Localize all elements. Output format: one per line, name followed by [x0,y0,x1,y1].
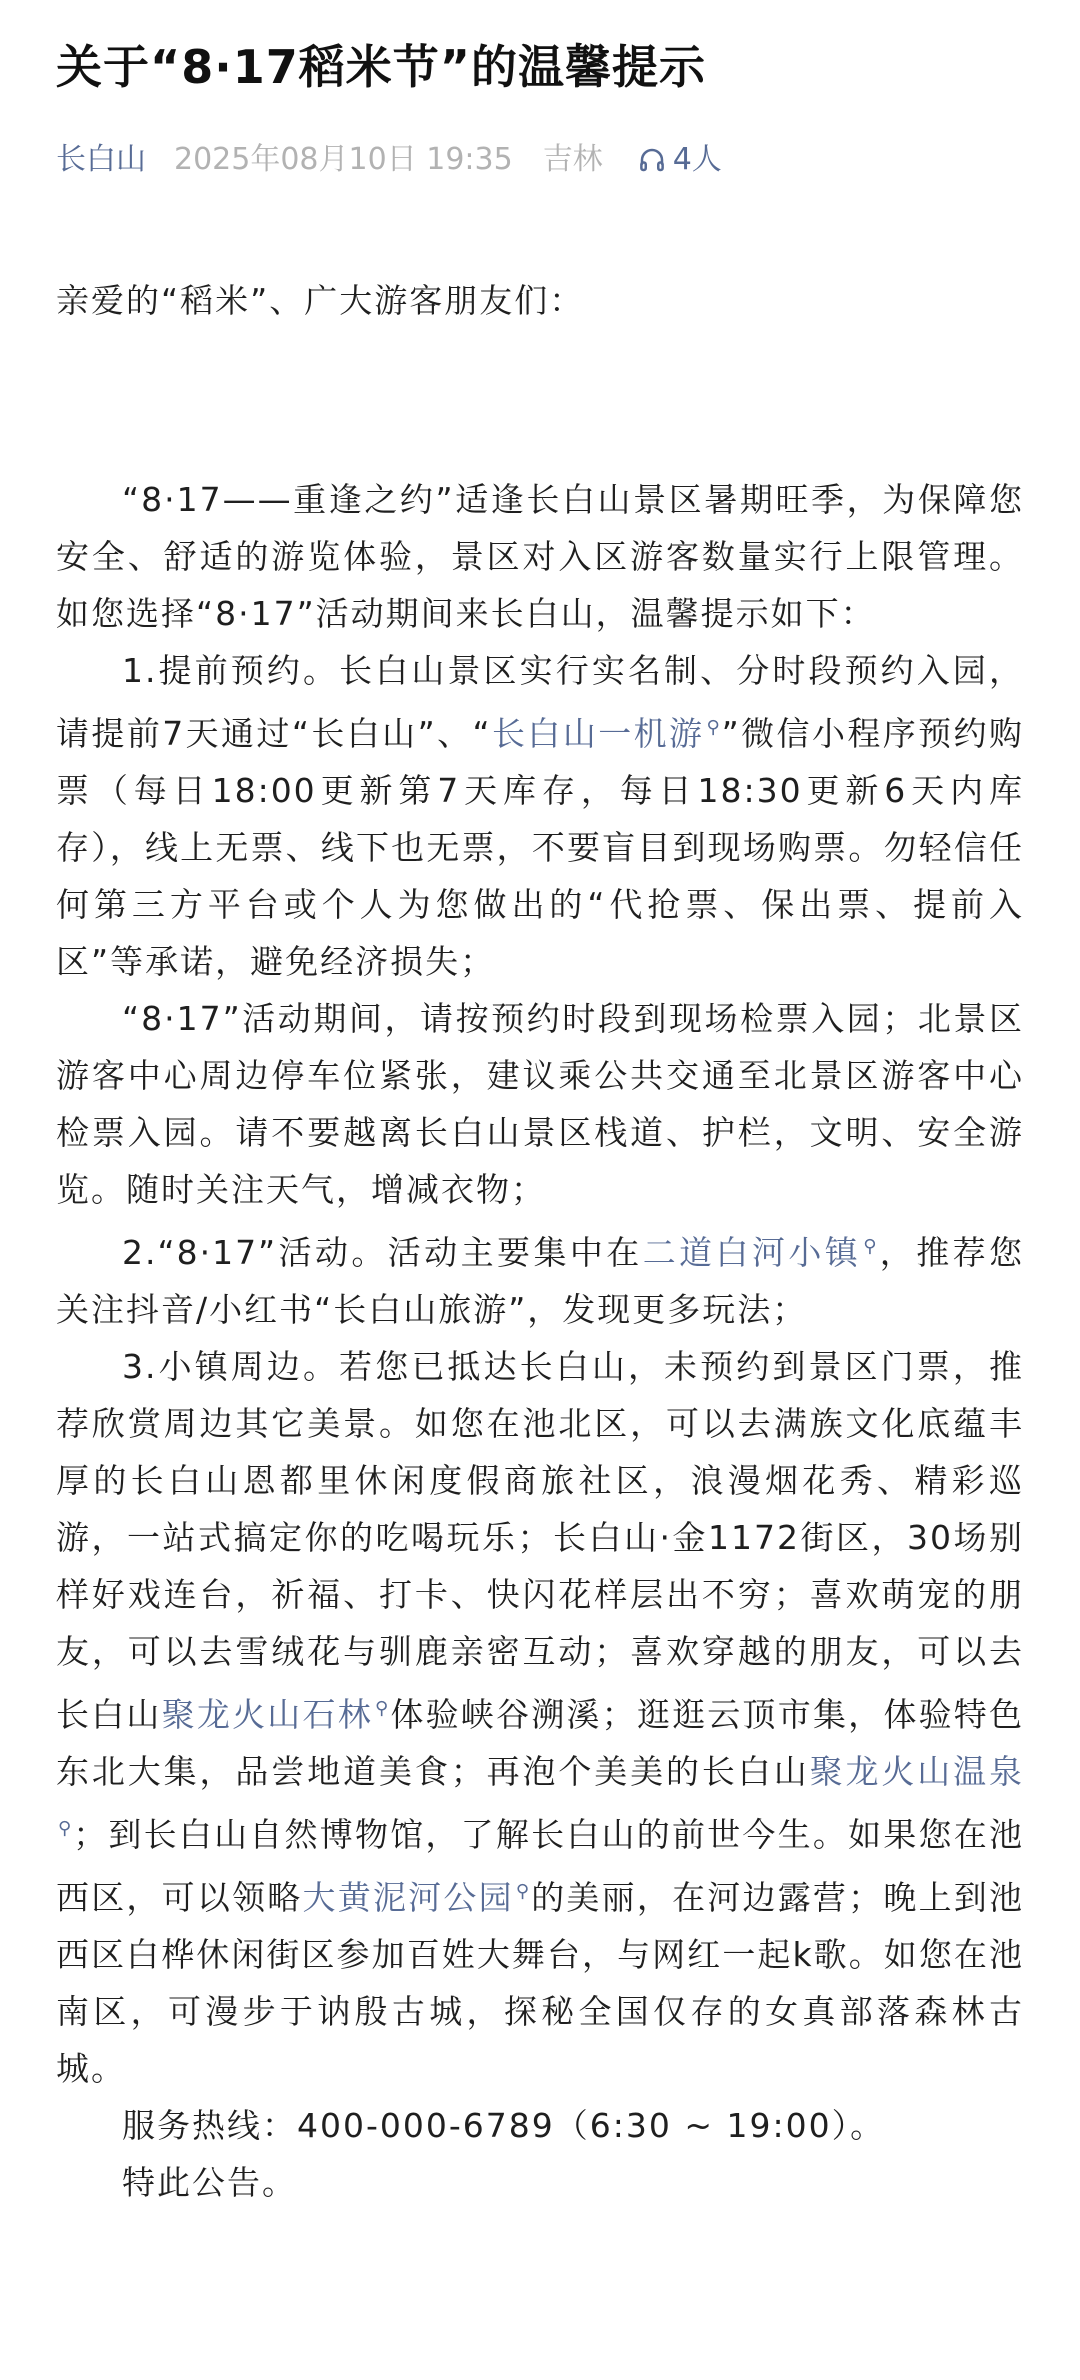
location: 吉林 [543,140,603,180]
item-1b-paragraph: “8·17”活动期间，请按预约时段到现场检票入园；北景区游客中心周边停车位紧张，… [56,990,1024,1218]
item-1-paragraph: 1.提前预约。长白山景区实行实名制、分时段预约入园，请提前7天通过“长白山”、“… [56,642,1024,990]
search-link-changbaishan-yijiyou[interactable]: 长白山一机游 [492,714,705,753]
search-icon[interactable]: ⚲ [516,1881,531,1902]
search-icon[interactable]: ⚲ [706,717,721,738]
search-link-erdaobaihe-town[interactable]: 二道白河小镇 [643,1233,861,1272]
search-link-julong-hot-spring[interactable]: 聚龙火山温泉 [810,1752,1024,1791]
greeting: 亲爱的“稻米”、广大游客朋友们： [56,272,1024,329]
item-3-paragraph: 3.小镇周边。若您已抵达长白山，未预约到景区门票，推荐欣赏周边其它美景。如您在池… [56,1338,1024,2097]
search-icon[interactable]: ⚲ [863,1236,878,1257]
author-link[interactable]: 长白山 [56,140,146,180]
search-link-dahuangnihe-park[interactable]: 大黄泥河公园 [303,1878,514,1917]
article-meta: 长白山 2025年08月10日 19:35 吉林 4人 [56,140,1024,180]
article-container: 关于“8·17稻米节”的温馨提示 长白山 2025年08月10日 19:35 吉… [0,36,1080,2211]
closing-line: 特此公告。 [56,2154,1024,2211]
search-icon[interactable]: ⚲ [58,1818,73,1839]
listener-count: 4人 [673,140,722,180]
article-title: 关于“8·17稻米节”的温馨提示 [56,36,1024,98]
publish-date: 2025年08月10日 19:35 [174,140,513,180]
headphones-icon [637,145,667,175]
item-2-paragraph: 2.“8·17”活动。活动主要集中在二道白河小镇⚲，推荐您关注抖音/小红书“长白… [56,1218,1024,1338]
search-link-julong-stone-forest[interactable]: 聚龙火山石林 [162,1695,373,1734]
intro-paragraph: “8·17——重逢之约”适逢长白山景区暑期旺季，为保障您安全、舒适的游览体验，景… [56,471,1024,642]
article-body: 亲爱的“稻米”、广大游客朋友们： “8·17——重逢之约”适逢长白山景区暑期旺季… [56,272,1024,2211]
search-icon[interactable]: ⚲ [375,1698,390,1719]
hotline: 服务热线：400-000-6789（6:30 ~ 19:00）。 [56,2097,1024,2154]
listen-button[interactable]: 4人 [637,140,722,180]
